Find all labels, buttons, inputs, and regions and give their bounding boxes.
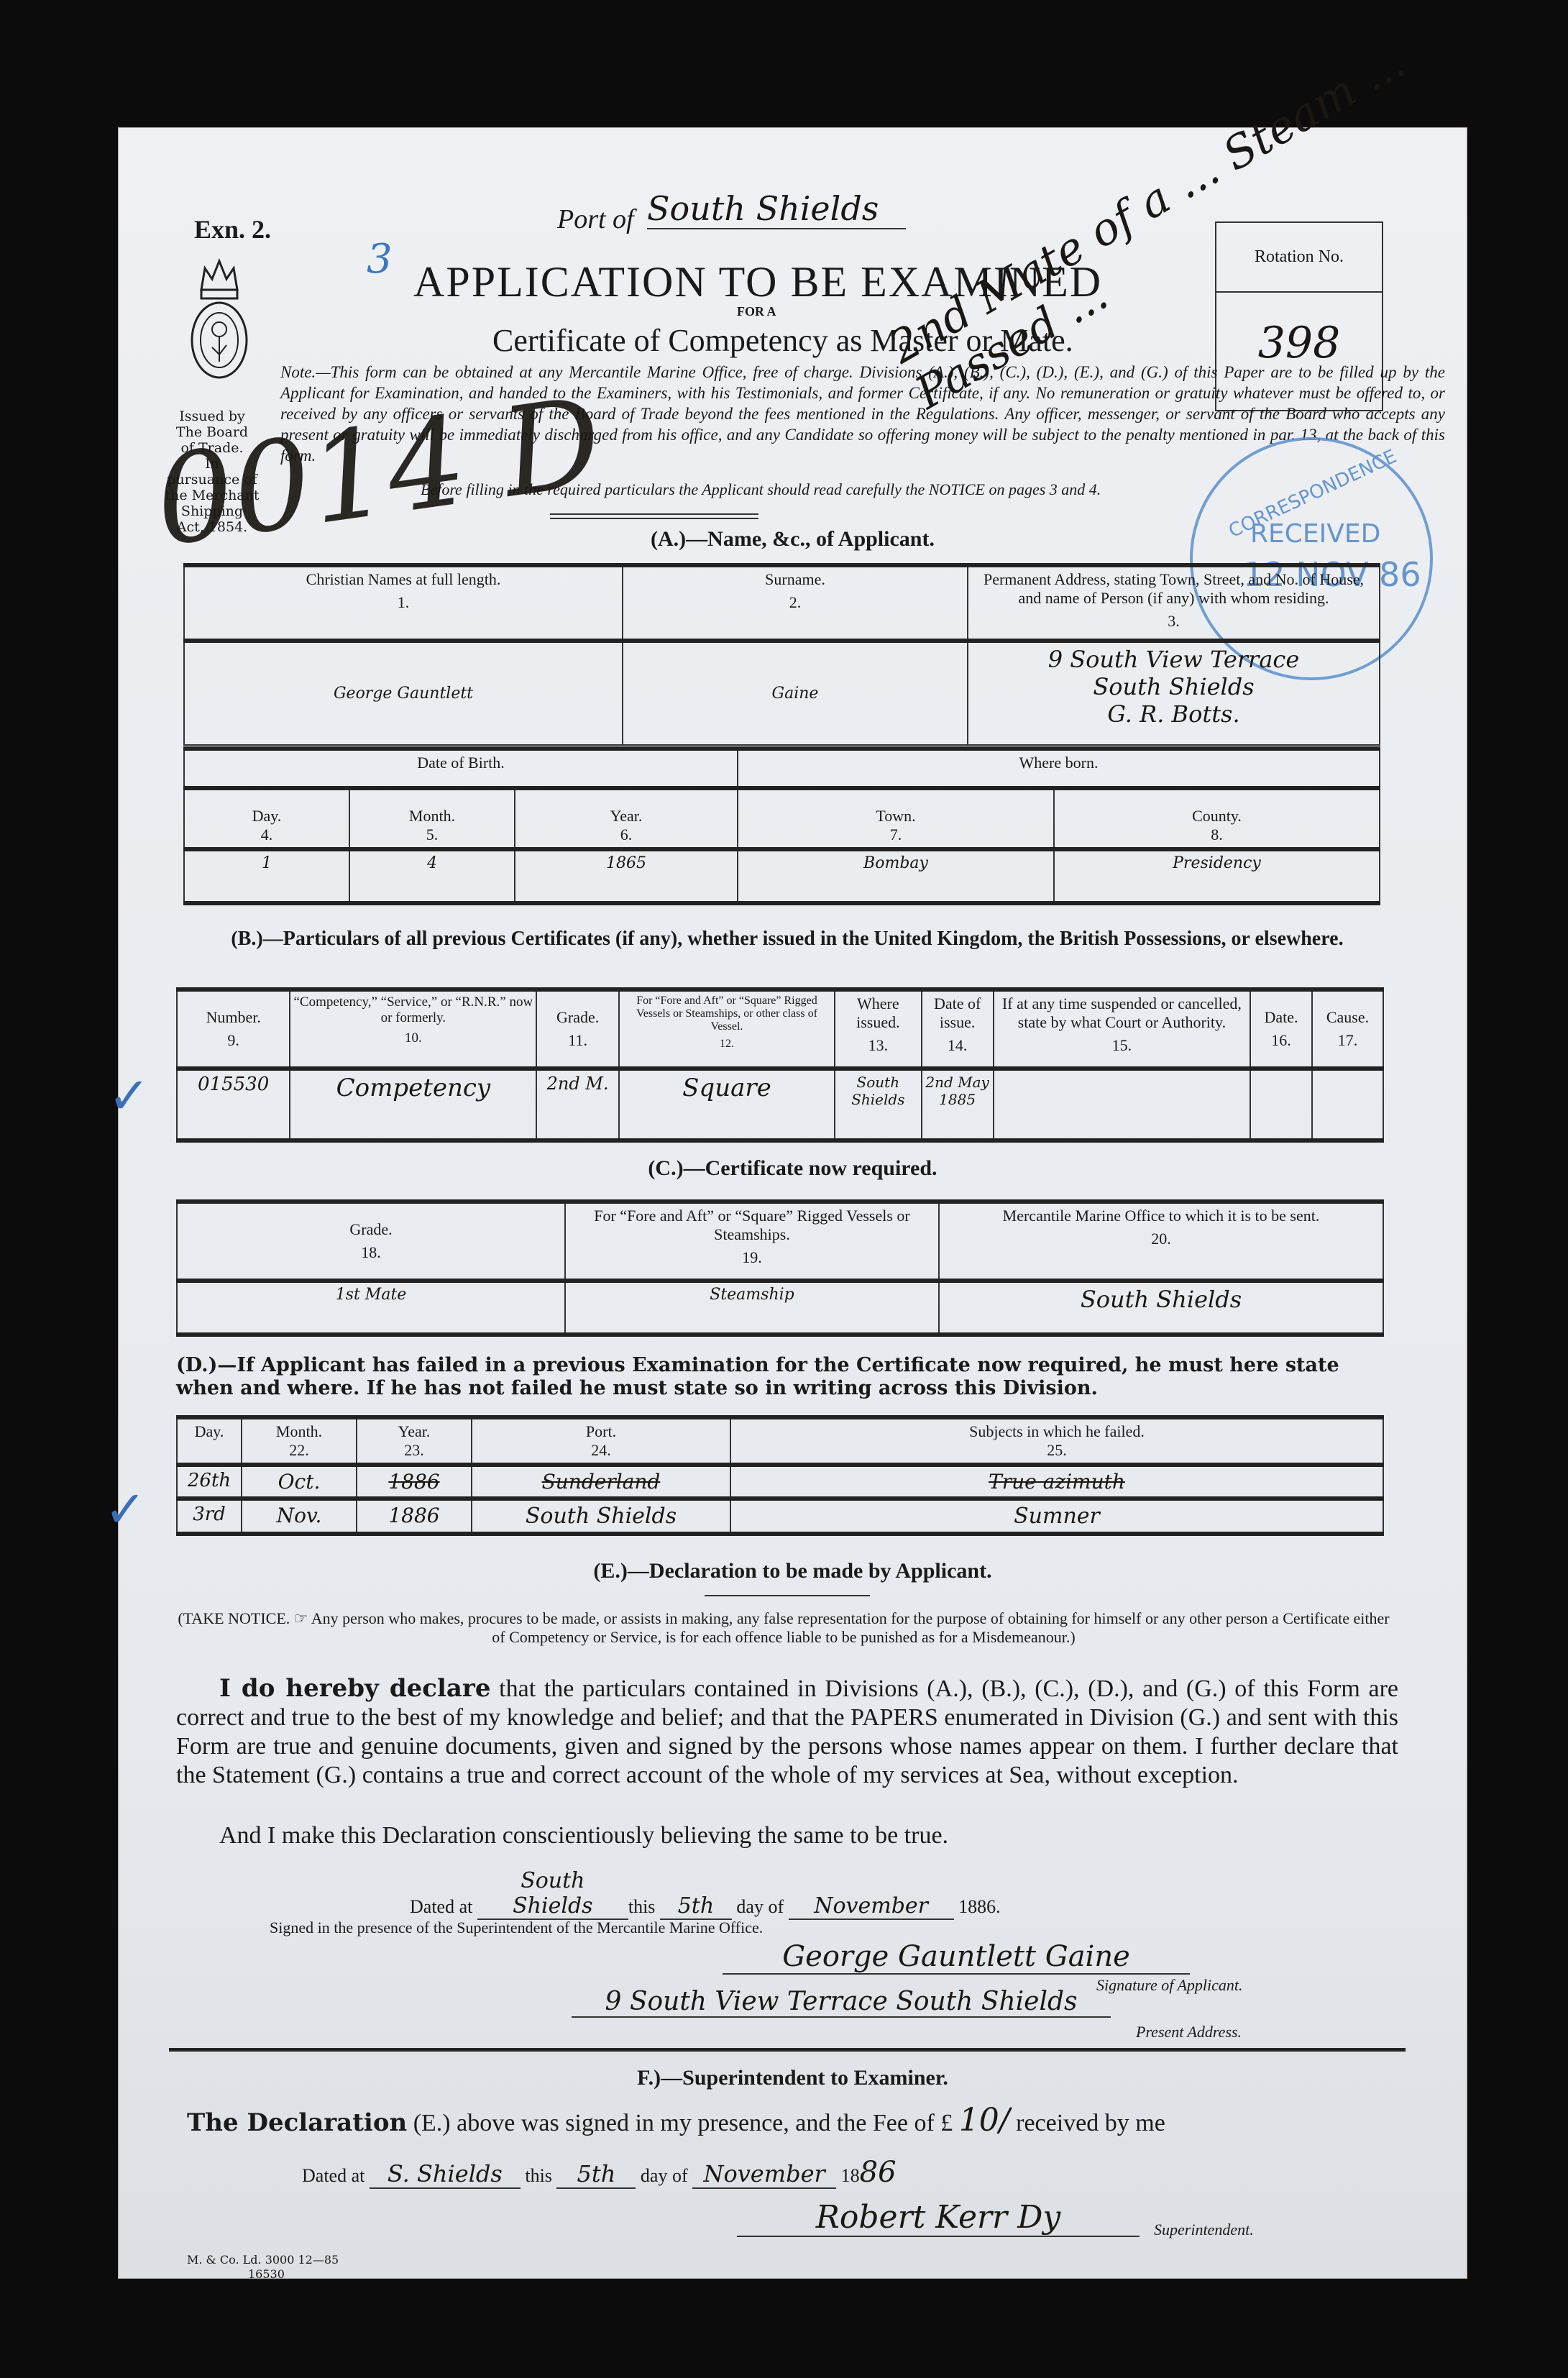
applicant-signature: George Gauntlett Gaine bbox=[723, 1940, 1190, 1975]
address-line: 9 South View Terrace bbox=[971, 646, 1376, 673]
cert-cause bbox=[1312, 1069, 1383, 1140]
header-fail-port: Port.24. bbox=[472, 1417, 730, 1465]
header-date-of-birth: Date of Birth. bbox=[184, 749, 738, 788]
header-surname: Surname.2. bbox=[623, 565, 968, 641]
header-year: Year.6. bbox=[515, 788, 738, 849]
printer-line-2: 16530 bbox=[248, 2267, 285, 2281]
declaration-text: I do hereby declare that the particulars… bbox=[176, 1674, 1398, 1790]
section-c-title: (C.)—Certificate now required. bbox=[119, 1156, 1467, 1181]
required-grade-value: 1st Mate bbox=[177, 1281, 565, 1335]
checkmark-icon: ✓ bbox=[108, 1066, 150, 1125]
birth-year-value: 1865 bbox=[515, 849, 738, 903]
cert-suspended bbox=[994, 1069, 1250, 1140]
header-office: Mercantile Marine Office to which it is … bbox=[939, 1202, 1383, 1281]
table-row: 26th Oct. 1886 Sunderland True azimuth bbox=[177, 1465, 1383, 1499]
section-f-title: F.)—Superintendent to Examiner. bbox=[119, 2066, 1467, 2090]
required-rig-value: Steamship bbox=[565, 1281, 939, 1335]
header-required-grade: Grade.18. bbox=[177, 1202, 565, 1281]
header-fail-day: Day. bbox=[177, 1417, 242, 1465]
section-a-name-table: Christian Names at full length.1. Surnam… bbox=[183, 563, 1380, 746]
fail-port: Sunderland bbox=[472, 1465, 730, 1499]
header-required-rig: For “Fore and Aft” or “Square” Rigged Ve… bbox=[565, 1202, 939, 1281]
header-fail-subjects: Subjects in which he failed.25. bbox=[730, 1417, 1383, 1465]
dated-day-value: 5th bbox=[660, 1893, 732, 1920]
dated-at-value: S. Shields bbox=[370, 2160, 521, 2189]
address-line: South Shields bbox=[971, 673, 1376, 700]
header-fail-month: Month.22. bbox=[242, 1417, 357, 1465]
day-of-label: day of bbox=[641, 2165, 688, 2186]
header-date: Date.16. bbox=[1250, 989, 1312, 1069]
present-address-value: 9 South View Terrace South Shields bbox=[572, 1987, 1111, 2018]
header-date-issue: Date of issue.14. bbox=[922, 989, 994, 1069]
fail-port: South Shields bbox=[472, 1499, 730, 1534]
cert-number: 015530 bbox=[177, 1069, 290, 1140]
section-e-title: (E.)—Declaration to be made by Applicant… bbox=[119, 1559, 1467, 1583]
fail-subjects: True azimuth bbox=[730, 1465, 1383, 1499]
blue-annotation-number: 3 bbox=[367, 236, 393, 283]
table-row: 3rd Nov. 1886 South Shields Sumner bbox=[177, 1499, 1383, 1534]
cert-type: Competency bbox=[290, 1069, 536, 1140]
birth-county-value: Presidency bbox=[1054, 849, 1380, 903]
superintendent-signature: Robert Kerr Dy bbox=[737, 2199, 1140, 2237]
fail-year: 1886 bbox=[357, 1465, 472, 1499]
dated-month-value: November bbox=[789, 1893, 954, 1920]
section-a-birth-table: Date of Birth. Where born. Day.4. Month.… bbox=[183, 746, 1380, 905]
dated-year-value: 1886. bbox=[958, 1896, 1001, 1917]
board-of-trade-crest-icon bbox=[187, 250, 252, 423]
section-b-table: Number.9. “Competency,” “Service,” or “R… bbox=[176, 987, 1384, 1143]
dated-line: Dated at South Shieldsthis 5th day of No… bbox=[410, 1868, 1001, 1920]
header-fail-year: Year.23. bbox=[357, 1417, 472, 1465]
birth-day-value: 1 bbox=[184, 849, 349, 903]
port-value: South Shields bbox=[647, 189, 906, 229]
christian-names-value: George Gauntlett bbox=[184, 641, 623, 745]
header-town: Town.7. bbox=[738, 788, 1054, 849]
fail-month: Nov. bbox=[242, 1499, 357, 1534]
cert-date: 2nd May 1885 bbox=[922, 1069, 994, 1140]
header-grade: Grade.11. bbox=[536, 989, 618, 1069]
header-month: Month.5. bbox=[349, 788, 515, 849]
dated-at-label: Dated at bbox=[302, 2165, 365, 2186]
year-prefix: 18 bbox=[841, 2165, 860, 2186]
address-line: G. R. Botts. bbox=[971, 700, 1376, 728]
header-type: “Competency,” “Service,” or “R.N.R.” now… bbox=[290, 989, 536, 1069]
for-a-label: FOR A bbox=[737, 304, 776, 319]
fail-day: 3rd bbox=[177, 1499, 242, 1534]
superintendent-dated-line: Dated at S. Shields this 5th day of Nove… bbox=[302, 2156, 897, 2189]
birth-town-value: Bombay bbox=[738, 849, 1054, 903]
section-d-title: (D.)—If Applicant has failed in a previo… bbox=[176, 1354, 1398, 1400]
header-cause: Cause.17. bbox=[1312, 989, 1383, 1069]
dated-at-value: South Shields bbox=[477, 1868, 628, 1920]
header-number: Number.9. bbox=[177, 989, 290, 1069]
header-where-born: Where born. bbox=[738, 749, 1380, 788]
fail-year: 1886 bbox=[357, 1499, 472, 1534]
superintendent-statement: The Declaration (E.) above was signed in… bbox=[187, 2102, 1423, 2139]
office-value: South Shields bbox=[939, 1281, 1383, 1335]
divider bbox=[705, 1595, 870, 1596]
statement-lead: The Declaration bbox=[187, 2108, 407, 2137]
present-address-label: Present Address. bbox=[1136, 2023, 1242, 2041]
table-row: 015530 Competency 2nd M. Square South Sh… bbox=[177, 1069, 1383, 1140]
declaration-lead: I do hereby declare bbox=[219, 1674, 490, 1703]
take-notice: (TAKE NOTICE. ☞ Any person who makes, pr… bbox=[173, 1609, 1395, 1647]
section-divider bbox=[169, 2048, 1406, 2052]
printer-line-1: M. & Co. Ld. 3000 12—85 bbox=[187, 2253, 339, 2267]
statement-body-end: received by me bbox=[1016, 2110, 1165, 2136]
signature-label: Signature of Applicant. bbox=[1096, 1976, 1243, 1995]
section-a-title: (A.)—Name, &c., of Applicant. bbox=[119, 527, 1467, 552]
header-county: County.8. bbox=[1054, 788, 1380, 849]
fail-day: 26th bbox=[177, 1465, 242, 1499]
fail-month: Oct. bbox=[242, 1465, 357, 1499]
cert-s-date bbox=[1250, 1069, 1312, 1140]
this-label: this bbox=[525, 2165, 552, 2186]
section-c-table: Grade.18. For “Fore and Aft” or “Square”… bbox=[176, 1199, 1384, 1337]
signed-presence: Signed in the presence of the Superinten… bbox=[270, 1919, 763, 1937]
day-of-label: day of bbox=[736, 1896, 784, 1917]
form-code: Exn. 2. bbox=[194, 214, 271, 244]
header-day: Day.4. bbox=[184, 788, 349, 849]
header-rig: For “Fore and Aft” or “Square” Rigged Ve… bbox=[619, 989, 835, 1069]
cert-where: South Shields bbox=[835, 1069, 922, 1140]
address-value: 9 South View Terrace South Shields G. R.… bbox=[968, 641, 1380, 745]
dated-month-value: November bbox=[692, 2160, 836, 2189]
document-page: Exn. 2. Issued by The Board of Trade. In… bbox=[119, 128, 1467, 2278]
statement-body: (E.) above was signed in my presence, an… bbox=[407, 2110, 953, 2136]
header-address: Permanent Address, stating Town, Street,… bbox=[968, 565, 1380, 641]
dated-day-value: 5th bbox=[556, 2160, 636, 2189]
header-where-issued: Where issued.13. bbox=[835, 989, 922, 1069]
header-christian-names: Christian Names at full length.1. bbox=[184, 565, 623, 641]
year-suffix: 86 bbox=[860, 2156, 897, 2189]
checkmark-icon: ✓ bbox=[104, 1480, 147, 1539]
cert-rig: Square bbox=[619, 1069, 835, 1140]
superintendent-label: Superintendent. bbox=[1154, 2221, 1254, 2239]
section-b-title: (B.)—Particulars of all previous Certifi… bbox=[176, 928, 1398, 951]
port-label: Port of bbox=[557, 203, 634, 235]
section-d-table: Day. Month.22. Year.23. Port.24. Subject… bbox=[176, 1415, 1384, 1536]
dated-at-label: Dated at bbox=[410, 1896, 472, 1917]
surname-value: Gaine bbox=[623, 641, 968, 745]
this-label: this bbox=[628, 1896, 656, 1917]
header-suspended: If at any time suspended or cancelled, s… bbox=[994, 989, 1250, 1069]
fee-value: 10/ bbox=[959, 2102, 1010, 2139]
declaration-final: And I make this Declaration conscientiou… bbox=[176, 1821, 1441, 1850]
fail-subjects: Sumner bbox=[730, 1499, 1383, 1534]
birth-month-value: 4 bbox=[349, 849, 515, 903]
cert-grade: 2nd M. bbox=[536, 1069, 618, 1140]
